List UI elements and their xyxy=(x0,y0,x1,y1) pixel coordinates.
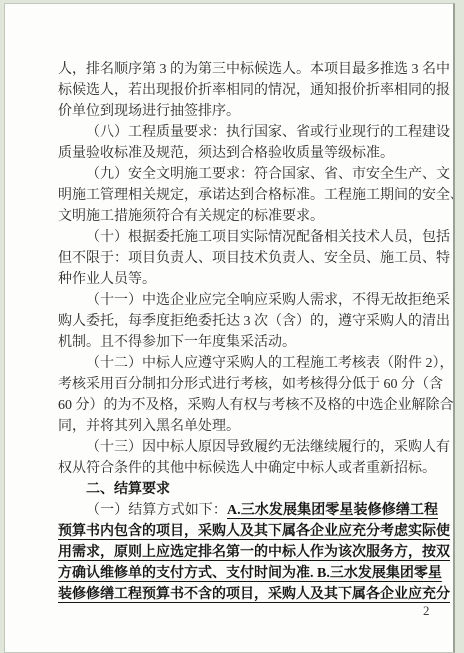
text-line: 同，并将其列入黑名单处理。 xyxy=(58,416,438,437)
scanned-document: 人，排名顺序第 3 的为第三中标候选人。本项目最多推选 3 名中标候选人，若出现… xyxy=(0,0,464,653)
text-line: 方确认维修单的支付方式、支付时间为准. B.三水发展集团零星 xyxy=(58,563,438,584)
page-number: 2 xyxy=(423,602,430,620)
text-segment: 人，排名顺序第 3 的为第三中标候选人。本项目最多推选 3 名中 xyxy=(58,62,450,77)
text-line: 但不限于：项目负责人、项目技术负责人、安全员、施工员、特 xyxy=(58,248,438,269)
text-segment: 用需求，原则上应选定排名第一的中标人作为该次服务方，按双 xyxy=(58,545,450,560)
text-line: （九）安全文明施工要求：符合国家、省、市安全生产、文 xyxy=(58,164,438,185)
text-line: （八）工程质量要求：执行国家、省或行业现行的工程建设 xyxy=(58,122,438,143)
text-line: 购人委托，每季度拒绝委托达 3 次（含）的，遵守采购人的清出 xyxy=(58,311,438,332)
text-segment: 60 分）的为不及格，采购人有权与考核不及格的中选企业解除合 xyxy=(58,398,454,413)
text-line: 二、结算要求 xyxy=(58,479,438,500)
text-line: 文明施工措施须符合有关规定的标准要求。 xyxy=(58,206,438,227)
text-line: （十一）中选企业应完全响应采购人需求，不得无故拒绝采 xyxy=(58,290,438,311)
text-line: （十二）中标人应遵守采购人的工程施工考核表（附件 2）， xyxy=(58,353,438,374)
text-segment: 价单位到现场进行抽签排序。 xyxy=(58,104,240,119)
text-segment: （十）根据委托施工项目实际情况配备相关技术人员，包括 xyxy=(86,230,450,245)
text-line: 预算书内包含的项目，采购人及其下属各企业应充分考虑实际使 xyxy=(58,521,438,542)
text-line: 权从符合条件的其他中标候选人中确定中标人或者重新招标。 xyxy=(58,458,438,479)
text-segment: 机制。且不得参加下一年度集采活动。 xyxy=(58,335,296,350)
text-segment: 明施工管理相关规定，承诺达到合格标准。工程施工期间的安全、 xyxy=(58,188,455,203)
text-segment: （十二）中标人应遵守采购人的工程施工考核表（附件 2）， xyxy=(86,356,454,371)
text-line: （十三）因中标人原因导致履约无法继续履行的，采购人有 xyxy=(58,437,438,458)
text-segment: 二、结算要求 xyxy=(86,482,170,497)
text-line: 装修修缮工程预算书不含的项目，采购人及其下属各企业应充分 xyxy=(58,584,438,605)
text-line: 考核采用百分制扣分形式进行考核，如考核得分低于 60 分（含 xyxy=(58,374,438,395)
document-body-text: 人，排名顺序第 3 的为第三中标候选人。本项目最多推选 3 名中标候选人，若出现… xyxy=(58,59,438,605)
text-segment: 种作业人员等。 xyxy=(58,272,156,287)
text-segment: （十三）因中标人原因导致履约无法继续履行的，采购人有 xyxy=(86,440,450,455)
text-segment: 装修修缮工程预算书不含的项目，采购人及其下属各企业应充分 xyxy=(58,587,450,602)
text-segment: 文明施工措施须符合有关规定的标准要求。 xyxy=(58,209,324,224)
text-line: 明施工管理相关规定，承诺达到合格标准。工程施工期间的安全、 xyxy=(58,185,438,206)
text-segment: （八）工程质量要求：执行国家、省或行业现行的工程建设 xyxy=(86,125,450,140)
text-line: 质量验收标准及规范，须达到合格验收质量等级标准。 xyxy=(58,143,438,164)
text-line: （十）根据委托施工项目实际情况配备相关技术人员，包括 xyxy=(58,227,438,248)
text-segment: 购人委托，每季度拒绝委托达 3 次（含）的，遵守采购人的清出 xyxy=(58,314,450,329)
text-line: 60 分）的为不及格，采购人有权与考核不及格的中选企业解除合 xyxy=(58,395,438,416)
text-segment: 方确认维修单的支付方式、支付时间为准. B.三水发展集团零星 xyxy=(58,566,442,581)
text-segment: 质量验收标准及规范，须达到合格验收质量等级标准。 xyxy=(58,146,394,161)
text-segment: 标候选人，若出现报价折率相同的情况，通知报价折率相同的报 xyxy=(58,83,450,98)
text-segment: 预算书内包含的项目，采购人及其下属各企业应充分考虑实际使 xyxy=(58,524,450,539)
text-segment: A.三水发展集团零星装修修缮工程 xyxy=(227,503,438,518)
text-line: 价单位到现场进行抽签排序。 xyxy=(58,101,438,122)
document-page: 人，排名顺序第 3 的为第三中标候选人。本项目最多推选 3 名中标候选人，若出现… xyxy=(4,3,455,653)
text-line: 机制。且不得参加下一年度集采活动。 xyxy=(58,332,438,353)
text-line: 用需求，原则上应选定排名第一的中标人作为该次服务方，按双 xyxy=(58,542,438,563)
text-line: 标候选人，若出现报价折率相同的情况，通知报价折率相同的报 xyxy=(58,80,438,101)
text-segment: （一）结算方式如下： xyxy=(86,503,227,518)
text-segment: （九）安全文明施工要求：符合国家、省、市安全生产、文 xyxy=(86,167,450,182)
text-line: 人，排名顺序第 3 的为第三中标候选人。本项目最多推选 3 名中 xyxy=(58,59,438,80)
text-segment: 同，并将其列入黑名单处理。 xyxy=(58,419,240,434)
text-segment: 权从符合条件的其他中标候选人中确定中标人或者重新招标。 xyxy=(58,461,436,476)
text-line: 种作业人员等。 xyxy=(58,269,438,290)
text-segment: （十一）中选企业应完全响应采购人需求，不得无故拒绝采 xyxy=(86,293,450,308)
text-line: （一）结算方式如下：A.三水发展集团零星装修修缮工程 xyxy=(58,500,438,521)
text-segment: 但不限于：项目负责人、项目技术负责人、安全员、施工员、特 xyxy=(58,251,450,266)
text-segment: 考核采用百分制扣分形式进行考核，如考核得分低于 60 分（含 xyxy=(58,377,443,392)
